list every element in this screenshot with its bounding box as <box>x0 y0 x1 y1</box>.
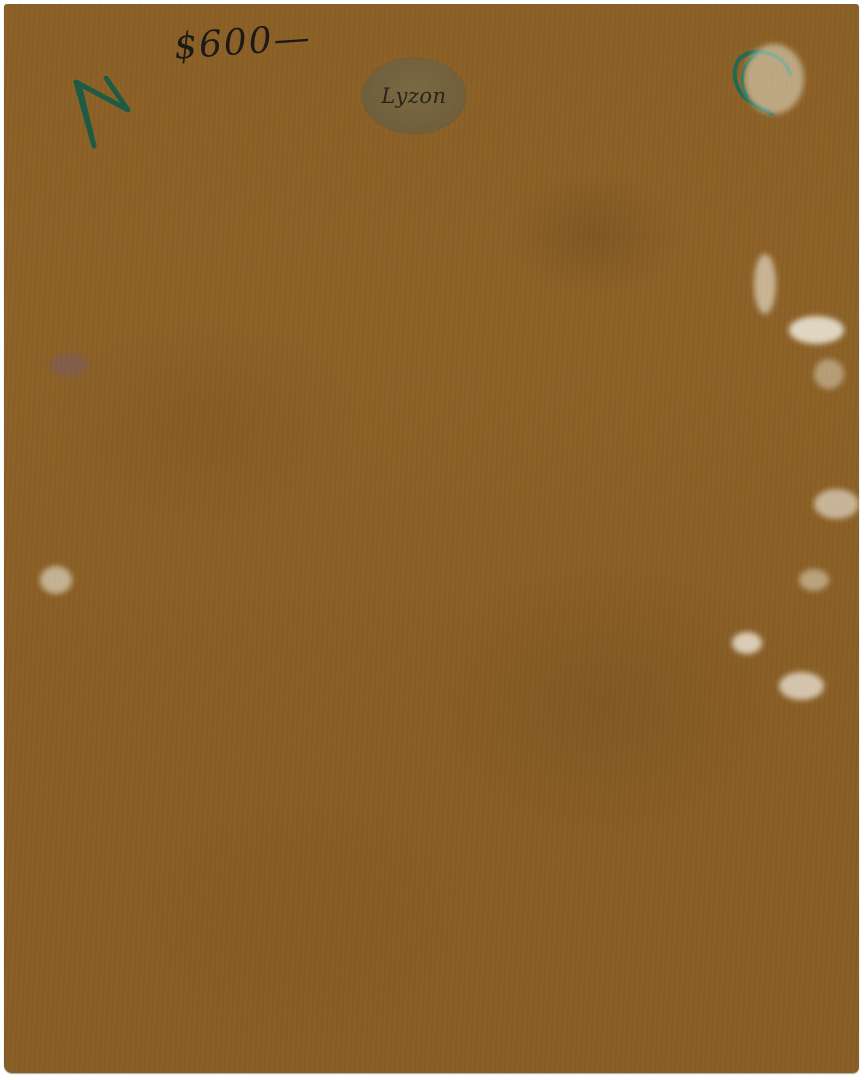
paint-smudge <box>814 489 859 519</box>
paint-smudge <box>732 632 762 654</box>
paint-smudge <box>40 566 72 594</box>
paint-smudge <box>789 316 844 344</box>
paint-smudge <box>814 359 844 389</box>
green-n-mark-icon <box>66 76 136 151</box>
sticker-label: Lyzon <box>381 84 446 108</box>
artist-sticker: Lyzon <box>362 58 466 134</box>
hardboard-panel-back: $600— Lyzon <box>4 4 859 1073</box>
board-texture <box>4 4 859 1073</box>
paint-smudge <box>799 569 829 591</box>
price-inscription: $600— <box>173 17 313 68</box>
paint-smudge <box>50 354 88 376</box>
paint-smudge <box>744 44 804 114</box>
paint-smudge <box>779 672 824 700</box>
paint-smudge <box>754 254 776 314</box>
